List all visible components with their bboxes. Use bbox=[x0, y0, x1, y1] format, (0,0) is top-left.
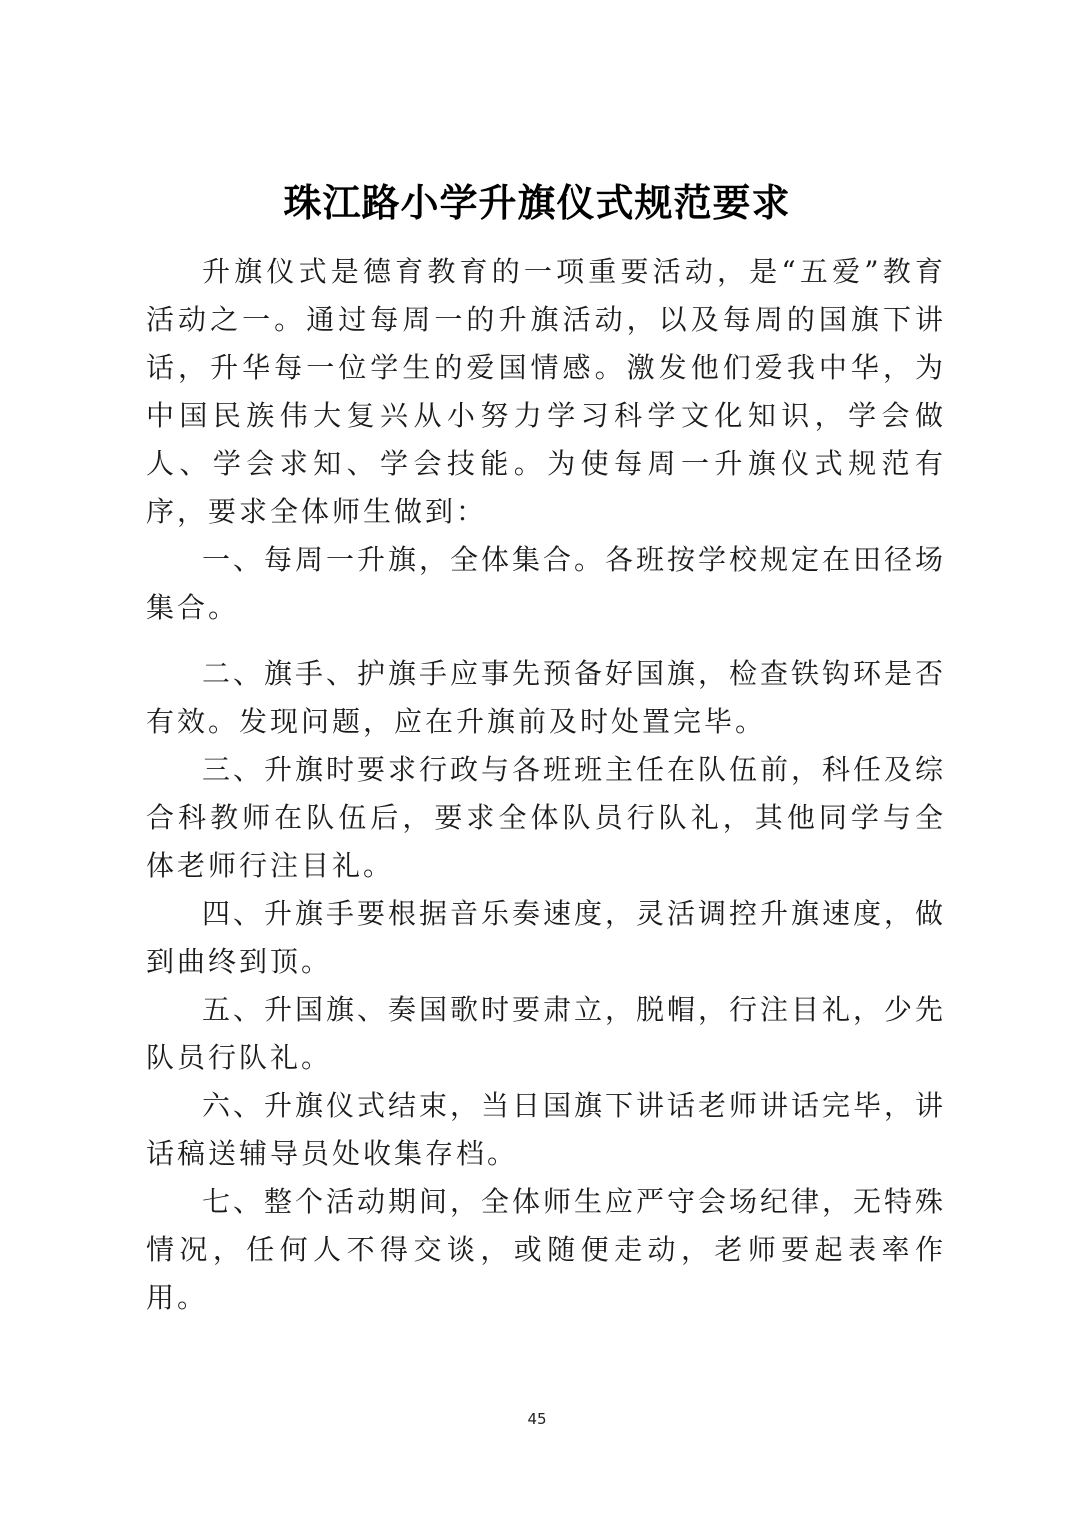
rule-item-6: 六、升旗仪式结束，当日国旗下讲话老师讲话完毕，讲话稿送辅导员处收集存档。 bbox=[146, 1082, 946, 1178]
intro-paragraph: 升旗仪式是德育教育的一项重要活动，是“五爱”教育活动之一。通过每周一的升旗活动，… bbox=[146, 248, 946, 536]
rule-item-2: 二、旗手、护旗手应事先预备好国旗，检查铁钩环是否有效。发现问题，应在升旗前及时处… bbox=[146, 650, 946, 746]
rule-item-4: 四、升旗手要根据音乐奏速度，灵活调控升旗速度，做到曲终到顶。 bbox=[146, 890, 946, 986]
rule-item-5: 五、升国旗、奏国歌时要肃立，脱帽，行注目礼，少先队员行队礼。 bbox=[146, 986, 946, 1082]
page-number: 45 bbox=[0, 1410, 1074, 1428]
document-title: 珠江路小学升旗仪式规范要求 bbox=[0, 172, 1074, 227]
rule-item-1: 一、每周一升旗，全体集合。各班按学校规定在田径场集合。 bbox=[146, 536, 946, 632]
rule-item-3: 三、升旗时要求行政与各班班主任在队伍前，科任及综合科教师在队伍后，要求全体队员行… bbox=[146, 746, 946, 890]
rule-item-7: 七、整个活动期间，全体师生应严守会场纪律，无特殊情况，任何人不得交谈，或随便走动… bbox=[146, 1178, 946, 1322]
document-body: 升旗仪式是德育教育的一项重要活动，是“五爱”教育活动之一。通过每周一的升旗活动，… bbox=[146, 248, 946, 1322]
